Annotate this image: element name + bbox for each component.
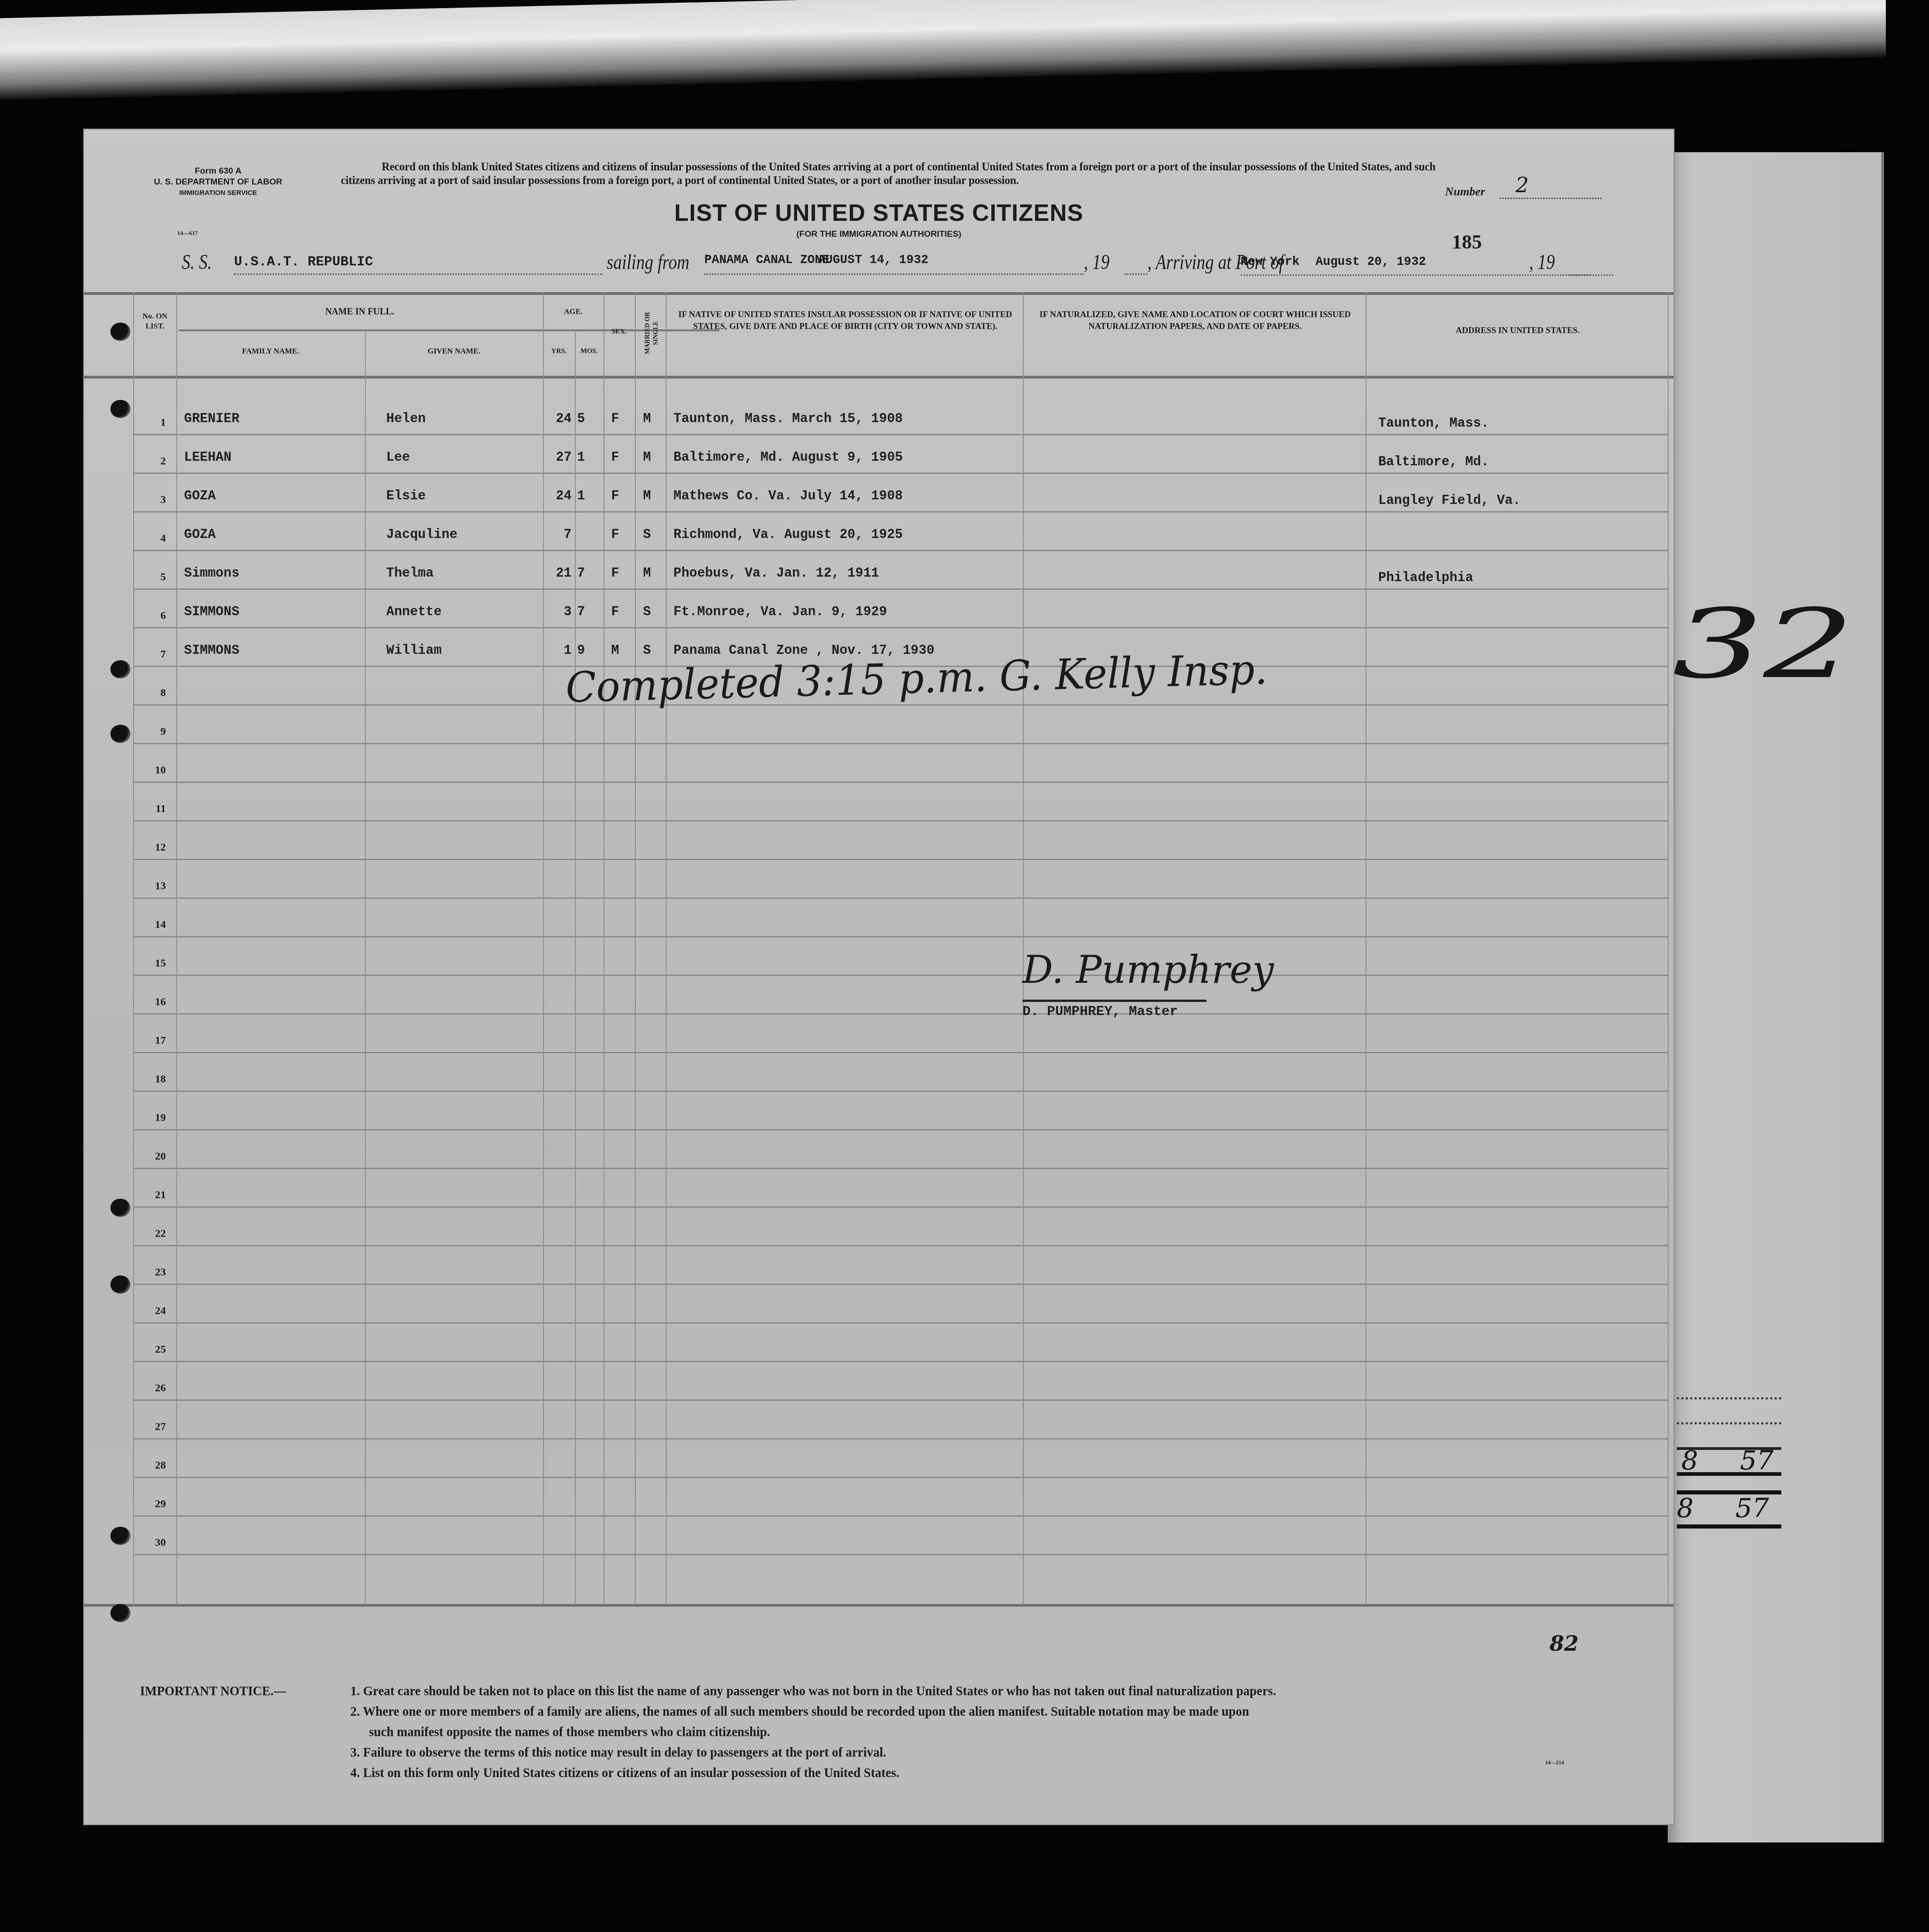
sailing-date: AUGUST 14, 1932 [818, 254, 928, 267]
background-tally-1: 8 57 [1681, 1445, 1774, 1476]
table-row: GOZAElsie241FMMathews Co. Va. July 14, 1… [84, 488, 1674, 516]
family-name-cell: SIMMONS [184, 604, 239, 619]
punch-hole [110, 1199, 130, 1217]
background-page: 32 8 57 8 57 [1668, 152, 1884, 1842]
row-rule [133, 1129, 1668, 1130]
list-number: 2 [1515, 173, 1529, 197]
row-number: 15 [141, 957, 166, 970]
address-cell: Langley Field, Va. [1378, 493, 1520, 508]
marital-status-cell: M [643, 488, 651, 503]
address-cell: Philadelphia [1378, 570, 1473, 585]
notice-item-3: 3. Failure to observe the terms of this … [350, 1743, 886, 1763]
background-underline [1677, 1524, 1781, 1529]
row-rule [133, 897, 1668, 899]
marital-status-cell: S [643, 643, 651, 658]
row-number: 21 [141, 1189, 166, 1201]
given-name-cell: Helen [386, 411, 426, 426]
header-sex: SEX. [603, 326, 635, 338]
row-rule [133, 1554, 1668, 1555]
row-number: 29 [141, 1498, 166, 1510]
page-subtitle: (FOR THE IMMIGRATION AUTHORITIES) [84, 229, 1674, 239]
number-underline [1500, 198, 1602, 199]
row-number: 27 [141, 1421, 166, 1433]
header-name-in-full: NAME IN FULL. [176, 306, 543, 318]
sailing-from-label: sailing from [607, 250, 689, 274]
row-number: 18 [141, 1073, 166, 1086]
notice-item-2: 2. Where one or more members of a family… [350, 1702, 1249, 1722]
table-bottom-rule [84, 1604, 1674, 1607]
row-rule [133, 1438, 1668, 1439]
row-rule [133, 936, 1668, 937]
row-rule [133, 1052, 1668, 1053]
marital-status-cell: M [643, 411, 651, 426]
age-years-cell: 27 [547, 450, 572, 465]
header-no-on-list: No. ON LIST. [134, 311, 176, 331]
row-rule [133, 1361, 1668, 1362]
row-number: 14 [141, 919, 166, 931]
header-age: AGE. [543, 306, 603, 318]
sailing-line [704, 274, 1084, 275]
given-name-cell: William [386, 643, 442, 658]
header-bottom-rule [84, 376, 1674, 378]
master-signature: D. Pumphrey [1022, 947, 1274, 992]
row-number: 19 [141, 1112, 166, 1124]
row-number: 9 [141, 726, 166, 738]
row-number: 17 [141, 1035, 166, 1047]
arrival-port: New York [1241, 255, 1300, 269]
ss-label: S. S. [182, 250, 212, 274]
punch-hole [110, 400, 130, 418]
header-married-or-single: MARRIED OR SINGLE [644, 301, 660, 365]
page-title: LIST OF UNITED STATES CITIZENS [84, 199, 1674, 227]
row-number: 10 [141, 764, 166, 777]
signature-line [1022, 1000, 1206, 1002]
row-number: 11 [141, 803, 166, 815]
notice-item-4: 4. List on this form only United States … [350, 1763, 899, 1783]
page-stamp: 82 [1550, 1631, 1579, 1656]
age-months-cell: 7 [577, 566, 585, 581]
given-name-cell: Elsie [386, 488, 426, 503]
scanner-glare [0, 0, 1886, 100]
row-number: 24 [141, 1305, 166, 1317]
address-cell: Baltimore, Md. [1378, 454, 1489, 469]
number-label: Number [1445, 185, 1485, 199]
punch-hole [110, 725, 130, 743]
row-number: 25 [141, 1344, 166, 1356]
notice-heading: IMPORTANT NOTICE.— [140, 1681, 286, 1701]
row-number: 16 [141, 996, 166, 1008]
notice-item-2-cont: such manifest opposite the names of thos… [369, 1722, 770, 1742]
family-name-cell: GOZA [184, 527, 216, 542]
age-years-cell: 3 [547, 604, 572, 619]
arrival-line [1241, 274, 1613, 276]
sex-cell: F [611, 411, 619, 426]
department-name: U. S. DEPARTMENT OF LABOR [127, 177, 309, 188]
given-name-cell: Jacquline [386, 527, 458, 542]
marital-status-cell: S [643, 604, 651, 619]
table-row: LEEHANLee271FMBaltimore, Md. August 9, 1… [84, 450, 1674, 477]
row-rule [133, 1515, 1668, 1517]
sex-cell: F [611, 527, 619, 542]
birth-place-date-cell: Taunton, Mass. March 15, 1908 [673, 411, 903, 426]
address-cell: Taunton, Mass. [1378, 416, 1489, 431]
header-mos: MOS. [575, 345, 603, 357]
family-name-cell: GOZA [184, 488, 216, 503]
sex-cell: F [611, 450, 619, 465]
age-years-cell: 24 [547, 411, 572, 426]
family-name-cell: SIMMONS [184, 643, 239, 658]
table-top-rule [84, 292, 1674, 295]
given-name-cell: Thelma [386, 566, 434, 581]
table-row: SimmonsThelma217FMPhoebus, Va. Jan. 12, … [84, 566, 1674, 593]
sex-cell: F [611, 566, 619, 581]
age-years-cell: 1 [547, 643, 572, 658]
row-rule [133, 1168, 1668, 1169]
age-months-cell: 9 [577, 643, 585, 658]
form-number: Form 630 A [127, 166, 309, 177]
background-dotted-line [1677, 1397, 1781, 1399]
col-line-mos [575, 332, 576, 1605]
birth-place-date-cell: Phoebus, Va. Jan. 12, 1911 [673, 566, 879, 581]
punch-hole [110, 323, 130, 341]
manifest-page: Form 630 A U. S. DEPARTMENT OF LABOR IMM… [84, 129, 1674, 1824]
background-mark-32: 32 [1672, 588, 1854, 700]
punch-hole [110, 1604, 130, 1622]
marital-status-cell: M [643, 450, 651, 465]
age-years-cell: 21 [547, 566, 572, 581]
row-rule [133, 743, 1668, 744]
punch-hole [110, 1275, 130, 1294]
family-name-cell: Simmons [184, 566, 239, 581]
birth-place-date-cell: Richmond, Va. August 20, 1925 [673, 527, 903, 542]
sex-cell: F [611, 604, 619, 619]
background-underline [1677, 1472, 1781, 1476]
row-rule [133, 1399, 1668, 1401]
marital-status-cell: M [643, 566, 651, 581]
background-dotted-line [1677, 1422, 1781, 1424]
row-number: 12 [141, 842, 166, 854]
row-rule [133, 859, 1668, 860]
birth-place-date-cell: Ft.Monroe, Va. Jan. 9, 1929 [673, 604, 887, 619]
header-naturalized: IF NATURALIZED, GIVE NAME AND LOCATION O… [1034, 309, 1356, 333]
punch-hole [110, 1527, 130, 1545]
year-line-1 [1125, 274, 1147, 275]
punch-hole [110, 660, 130, 678]
row-rule [133, 820, 1668, 822]
age-years-cell: 24 [547, 488, 572, 503]
form-identifier: Form 630 A U. S. DEPARTMENT OF LABOR IMM… [127, 166, 309, 199]
background-tally-2: 8 57 [1677, 1493, 1769, 1524]
year-line-2 [1568, 274, 1590, 276]
row-rule [133, 704, 1668, 706]
row-rule [133, 1284, 1668, 1285]
sex-cell: M [611, 643, 619, 658]
row-rule [133, 1206, 1668, 1208]
row-rule [133, 1013, 1668, 1015]
service-name: IMMIGRATION SERVICE [127, 188, 309, 199]
name-header-divider [179, 329, 719, 331]
ship-name-line [234, 274, 602, 275]
bottom-code: 14—214 [1545, 1759, 1564, 1766]
record-instruction: Record on this blank United States citiz… [341, 160, 1468, 188]
col-line-given [365, 332, 366, 1605]
row-rule [133, 1245, 1668, 1246]
notice-item-1: 1. Great care should be taken not to pla… [350, 1681, 1276, 1701]
given-name-cell: Annette [386, 604, 442, 619]
year-label-2: , 19 [1529, 250, 1555, 274]
sex-cell: F [611, 488, 619, 503]
table-row: GRENIERHelen245FMTaunton, Mass. March 15… [84, 411, 1674, 438]
birth-place-date-cell: Mathews Co. Va. July 14, 1908 [673, 488, 903, 503]
family-name-cell: GRENIER [184, 411, 239, 426]
family-name-cell: LEEHAN [184, 450, 231, 465]
row-rule [133, 782, 1668, 783]
given-name-cell: Lee [386, 450, 410, 465]
year-label-1: , 19 [1084, 250, 1110, 274]
ship-name: U.S.A.T. REPUBLIC [234, 254, 373, 270]
table-row: SIMMONSAnnette37FSFt.Monroe, Va. Jan. 9,… [84, 604, 1674, 632]
birth-place-date-cell: Baltimore, Md. August 9, 1905 [673, 450, 903, 465]
age-years-cell: 7 [547, 527, 572, 542]
header-address: ADDRESS IN UNITED STATES. [1370, 325, 1665, 337]
arrival-date: August 20, 1932 [1316, 255, 1426, 269]
row-rule [133, 1477, 1668, 1478]
row-number: 13 [141, 880, 166, 892]
row-number: 30 [141, 1537, 166, 1549]
header-family-name: FAMILY NAME. [176, 345, 365, 357]
row-number: 28 [141, 1459, 166, 1472]
master-name-typed: D. PUMPHREY, Master [1022, 1004, 1178, 1020]
row-number: 8 [141, 687, 166, 699]
sailing-from-port: PANAMA CANAL ZONE [704, 254, 829, 267]
age-months-cell: 1 [577, 488, 585, 503]
header-birth: IF NATIVE OF UNITED STATES INSULAR POSSE… [675, 309, 1016, 333]
header-given-name: GIVEN NAME. [365, 345, 543, 357]
header-yrs: YRS. [543, 345, 575, 357]
row-rule [133, 975, 1668, 976]
row-number: 20 [141, 1150, 166, 1163]
row-rule [133, 1090, 1668, 1092]
row-rule [133, 1322, 1668, 1324]
voyage-line: S. S. U.S.A.T. REPUBLIC sailing from PAN… [84, 250, 1674, 277]
age-months-cell: 5 [577, 411, 585, 426]
table-row: GOZAJacquline7FSRichmond, Va. August 20,… [84, 527, 1674, 554]
marital-status-cell: S [643, 527, 651, 542]
row-number: 26 [141, 1382, 166, 1394]
row-number: 23 [141, 1266, 166, 1279]
row-number: 22 [141, 1228, 166, 1240]
age-months-cell: 7 [577, 604, 585, 619]
age-months-cell: 1 [577, 450, 585, 465]
